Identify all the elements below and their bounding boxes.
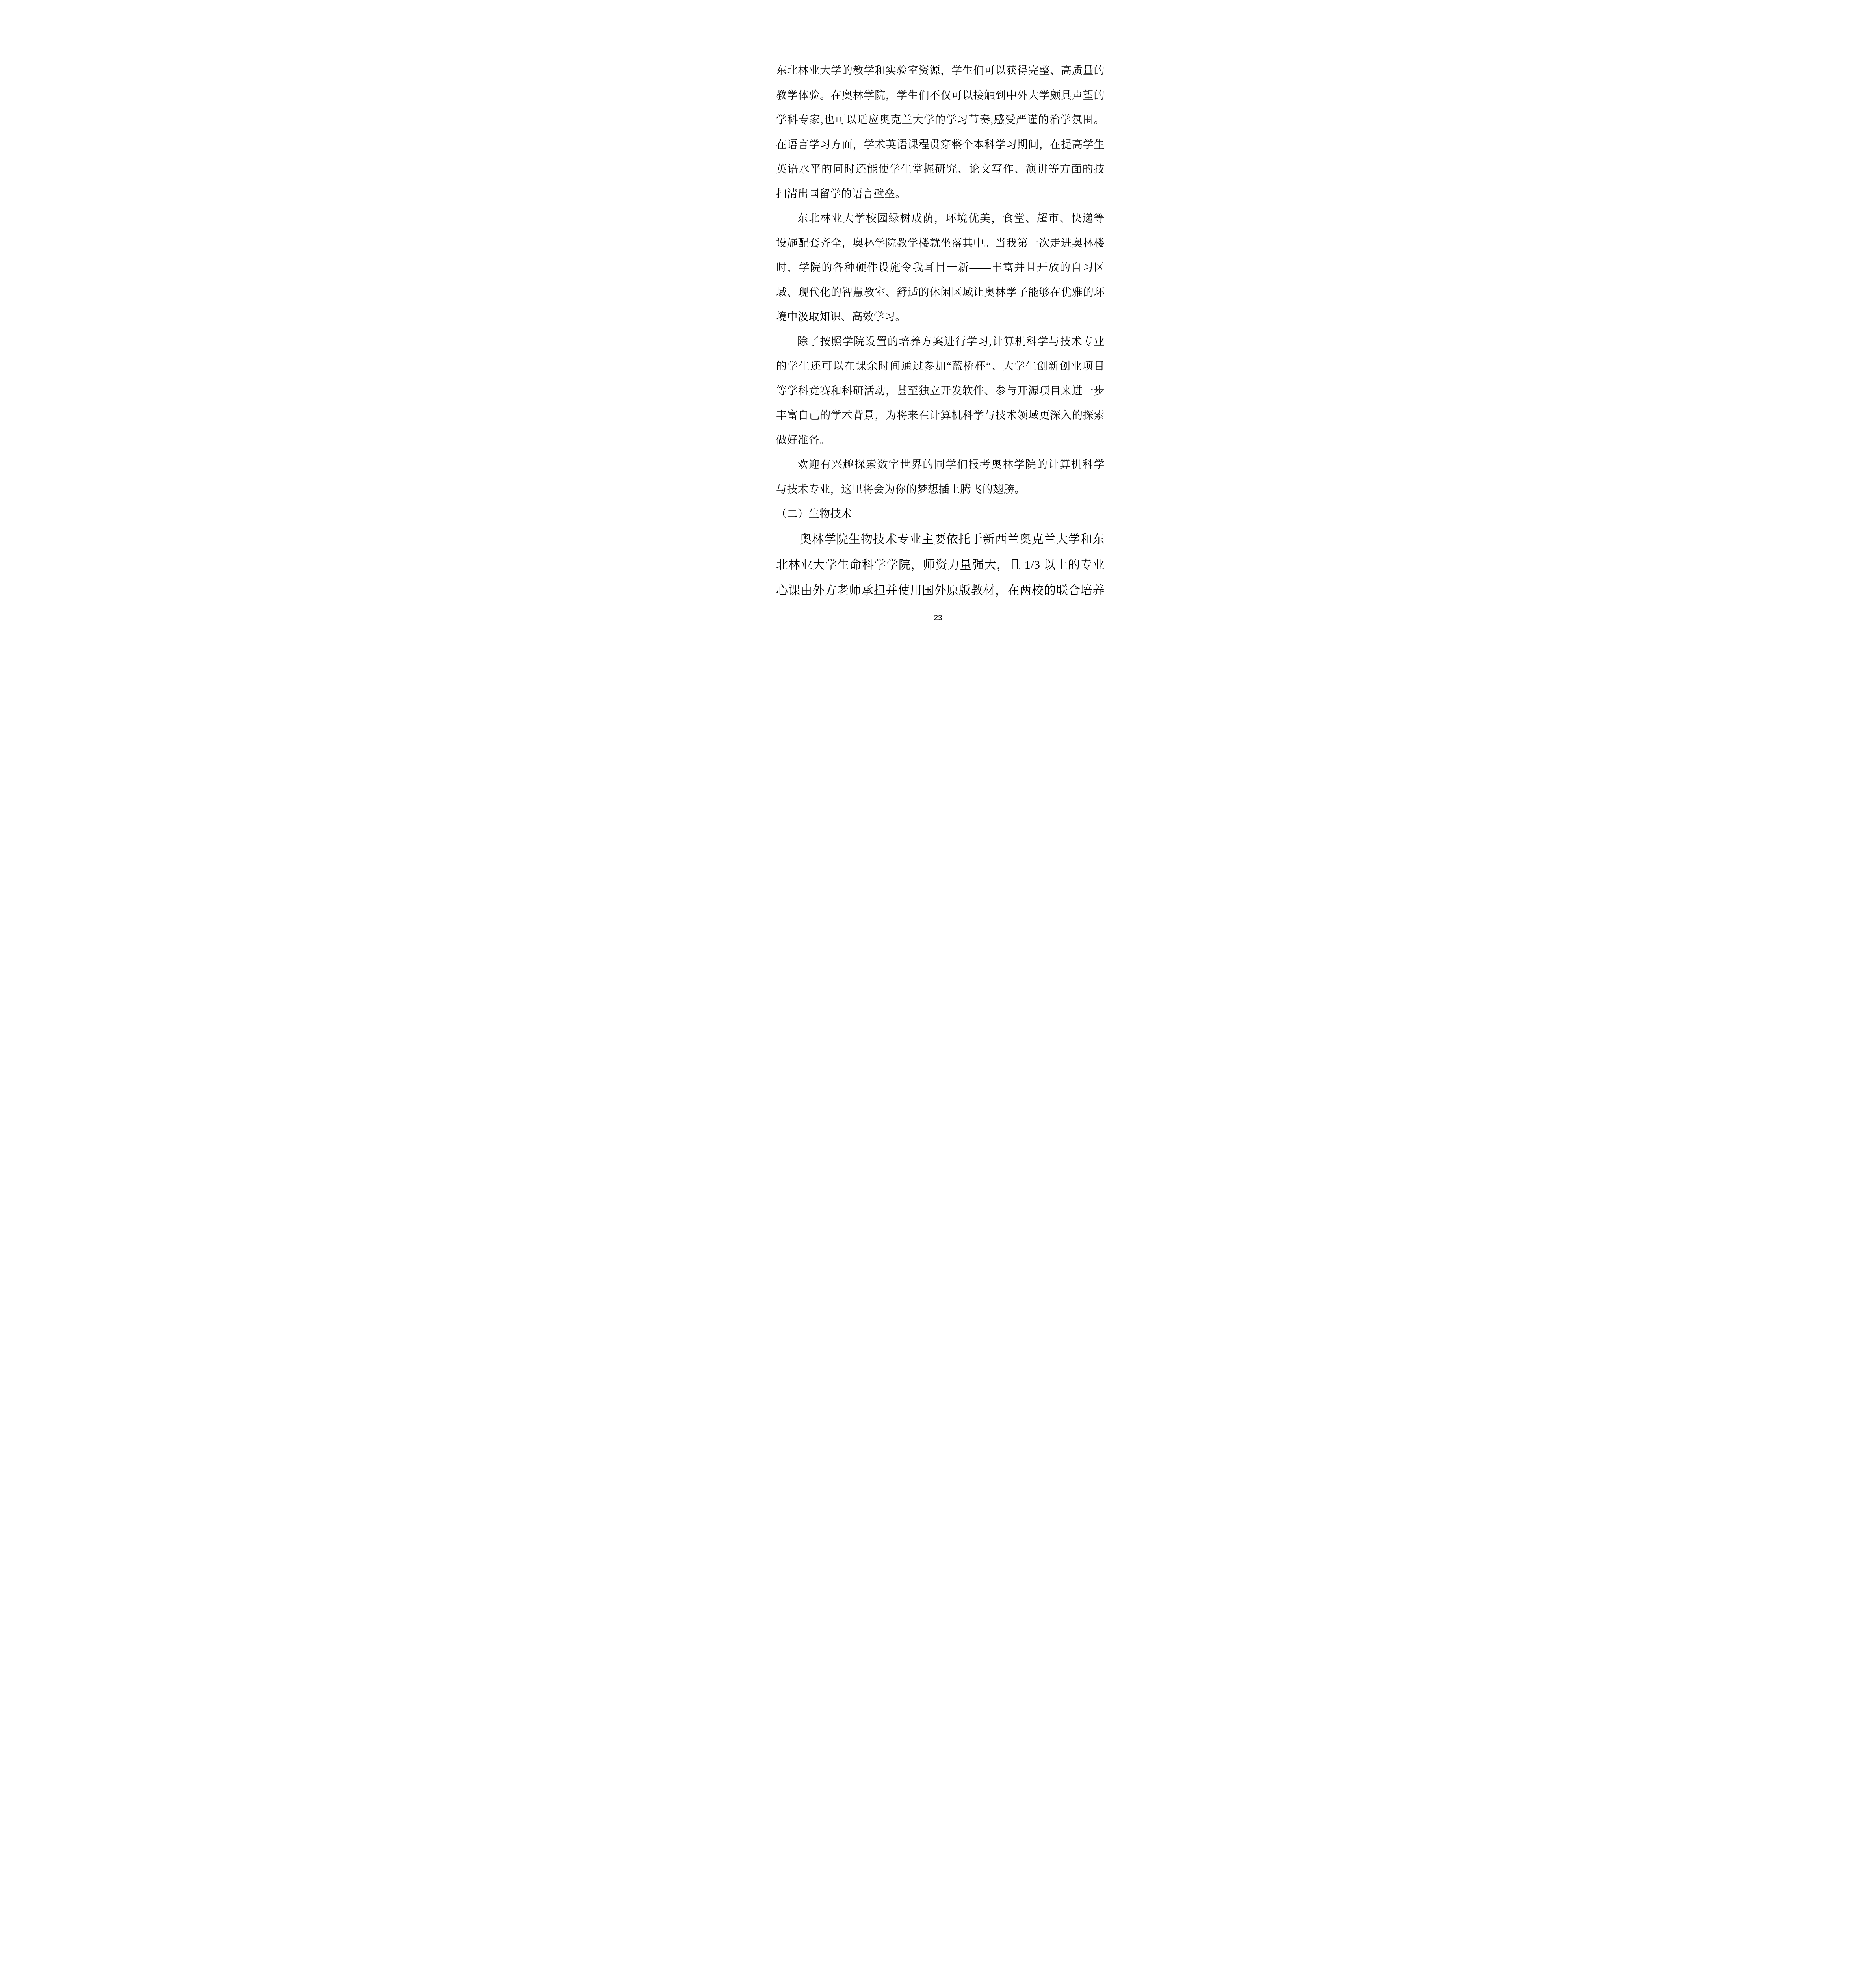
text-line: 教学体验。在奥林学院，学生们不仅可以接触到中外大学颇具声望的 [776, 83, 1105, 108]
text-line: 心课由外方老师承担并使用国外原版教材，在两校的联合培养下 [776, 578, 1105, 603]
text-line: 等学科竞赛和科研活动，甚至独立开发软件、参与开源项目来进一步 [776, 379, 1105, 403]
text-line: 英语水平的同时还能使学生掌握研究、论文写作、演讲等方面的技能， [776, 157, 1105, 182]
heading-line: （二）生物技术 [776, 502, 1105, 526]
text-line: 做好准备。 [776, 428, 1105, 453]
text-line: 奥林学院生物技术专业主要依托于新西兰奥克兰大学和东 [776, 526, 1105, 552]
text-line: 设施配套齐全，奥林学院教学楼就坐落其中。当我第一次走进奥林楼 [776, 231, 1105, 256]
text-line: 时，学院的各种硬件设施令我耳目一新——丰富并且开放的自习区 [776, 255, 1105, 280]
text-line: 学科专家,也可以适应奥克兰大学的学习节奏,感受严谨的治学氛围。 [776, 108, 1105, 132]
text-line: 境中汲取知识、高效学习。 [776, 305, 1105, 329]
body-paragraph: 东北林业大学的教学和实验室资源，学生们可以获得完整、高质量的教学体验。在奥林学院… [776, 58, 1105, 206]
text-line: 北林业大学生命科学学院，师资力量强大，且 1/3 以上的专业核 [776, 552, 1105, 578]
text-line: 域、现代化的智慧教室、舒适的休闲区域让奥林学子能够在优雅的环 [776, 280, 1105, 305]
body-paragraph: 奥林学院生物技术专业主要依托于新西兰奥克兰大学和东北林业大学生命科学学院，师资力… [776, 526, 1105, 603]
page-number: 23 [704, 614, 1172, 623]
body-paragraph: 东北林业大学校园绿树成荫，环境优美，食堂、超市、快递等设施配套齐全，奥林学院教学… [776, 206, 1105, 329]
body-paragraph: 欢迎有兴趣探索数字世界的同学们报考奥林学院的计算机科学与技术专业，这里将会为你的… [776, 452, 1105, 502]
body-paragraph: 除了按照学院设置的培养方案进行学习,计算机科学与技术专业的学生还可以在课余时间通… [776, 329, 1105, 453]
text-line: 丰富自己的学术背景，为将来在计算机科学与技术领域更深入的探索 [776, 403, 1105, 428]
text-line: 欢迎有兴趣探索数字世界的同学们报考奥林学院的计算机科学 [776, 452, 1105, 477]
text-block: 东北林业大学的教学和实验室资源，学生们可以获得完整、高质量的教学体验。在奥林学院… [776, 58, 1105, 603]
text-line: 在语言学习方面，学术英语课程贯穿整个本科学习期间，在提高学生 [776, 132, 1105, 157]
text-line: 的学生还可以在课余时间通过参加“蓝桥杯“、大学生创新创业项目 [776, 354, 1105, 379]
text-line: 东北林业大学的教学和实验室资源，学生们可以获得完整、高质量的 [776, 58, 1105, 83]
section-heading: （二）生物技术 [776, 502, 1105, 526]
document-page: 东北林业大学的教学和实验室资源，学生们可以获得完整、高质量的教学体验。在奥林学院… [704, 0, 1172, 663]
text-line: 东北林业大学校园绿树成荫，环境优美，食堂、超市、快递等 [776, 206, 1105, 231]
text-line: 除了按照学院设置的培养方案进行学习,计算机科学与技术专业 [776, 329, 1105, 354]
text-line: 与技术专业，这里将会为你的梦想插上腾飞的翅膀。 [776, 477, 1105, 502]
text-line: 扫清出国留学的语言壁垒。 [776, 182, 1105, 206]
